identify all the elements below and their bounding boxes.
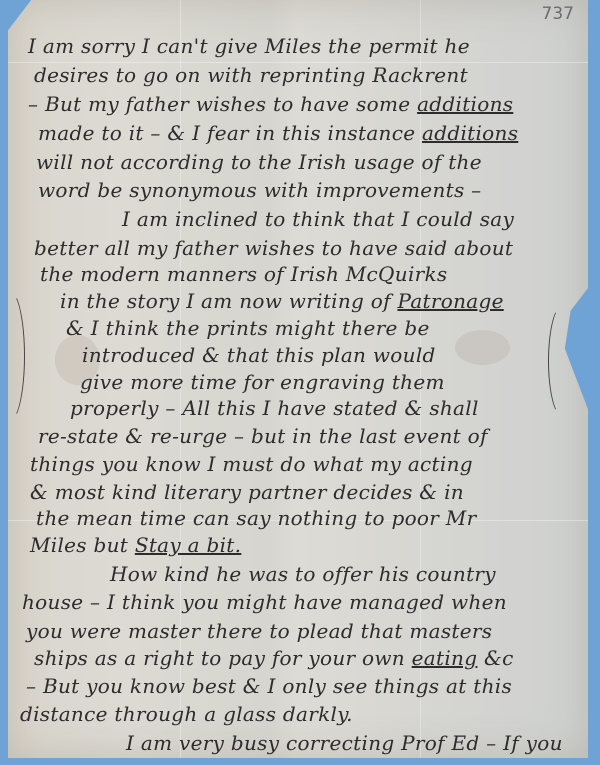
paper-stain (455, 330, 510, 365)
letter-line: made to it – & I fear in this instance a… (38, 121, 518, 145)
letter-line: in the story I am now writing of Patrona… (60, 289, 504, 313)
letter-line: ships as a right to pay for your own eat… (34, 646, 514, 670)
letter-line: the mean time can say nothing to poor Mr (36, 506, 476, 530)
folio-number: 737 (542, 4, 574, 24)
letter-line: give more time for engraving them (80, 370, 445, 394)
letter-line: better all my father wishes to have said… (34, 236, 513, 260)
letter-line: How kind he was to offer his country (110, 562, 496, 586)
letter-line: I am very busy correcting Prof Ed – If y… (126, 731, 563, 755)
letter-line: things you know I must do what my acting (30, 452, 473, 476)
letter-line: & most kind literary partner decides & i… (30, 480, 464, 504)
letter-line: – But you know best & I only see things … (26, 674, 512, 698)
letter-line: I am sorry I can't give Miles the permit… (28, 34, 470, 58)
letter-line: I am inclined to think that I could say (122, 207, 514, 231)
letter-line: the modern manners of Irish McQuirks (40, 262, 447, 286)
letter-line: & I think the prints might there be (66, 316, 430, 340)
letter-line: will not according to the Irish usage of… (36, 150, 482, 174)
letter-line: desires to go on with reprinting Rackren… (34, 63, 468, 87)
letter-line: introduced & that this plan would (82, 343, 436, 367)
letter-line: house – I think you might have managed w… (22, 590, 507, 614)
letter-line: Miles but Stay a bit. (30, 533, 241, 557)
letter-line: word be synonymous with improvements – (38, 178, 481, 202)
letter-line: properly – All this I have stated & shal… (70, 396, 479, 420)
letter-line: distance through a glass darkly. (20, 702, 353, 726)
letter-line: re-state & re-urge – but in the last eve… (38, 424, 488, 448)
letter-line: you were master there to plead that mast… (26, 619, 492, 643)
margin-bracket-right (548, 305, 577, 417)
letter-line: – But my father wishes to have some addi… (28, 92, 513, 116)
